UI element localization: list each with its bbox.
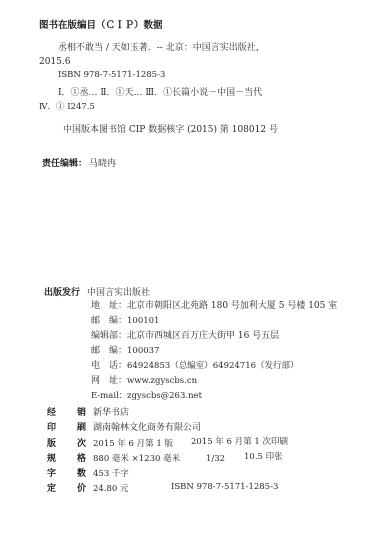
- phone-value: 64924853（总编室）64924716（发行部）: [127, 361, 299, 372]
- email-label: E-mail：: [91, 391, 127, 402]
- website-label: 网 址：: [91, 376, 127, 387]
- spec-format-label-b: 格: [77, 454, 86, 465]
- cip-classification-2: Ⅳ．① I247.5: [39, 102, 95, 113]
- spec-distributor-label-a: 经: [47, 408, 56, 419]
- postcode-2-label: 邮 编：: [91, 346, 127, 357]
- spec-printer-value: 湖南翰林文化商务有限公司: [93, 423, 201, 434]
- spec-isbn-value: ISBN 978-7-5171-1285-3: [171, 482, 278, 493]
- cip-heading: 图书在版编目（ＣＩＰ）数据: [39, 20, 163, 31]
- address-value: 北京市朝阳区北苑路 180 号加利大厦 5 号楼 105 室: [127, 301, 337, 312]
- cip-classification-1: Ⅰ．①丞… Ⅱ．①天… Ⅲ．①长篇小说－中国－当代: [58, 88, 262, 99]
- spec-wordcount-label-a: 字: [47, 469, 56, 480]
- cip-isbn: ISBN 978-7-5171-1285-3: [58, 70, 165, 81]
- spec-edition-value: 2015 年 6 月第 1 版: [93, 439, 173, 450]
- publisher-name: 中国言实出版社: [87, 288, 150, 299]
- cip-record-number: 中国版本图书馆 CIP 数据核字 (2015) 第 108012 号: [63, 125, 278, 136]
- address-label: 地 址：: [91, 301, 127, 312]
- postcode-label: 邮 编：: [91, 316, 127, 327]
- spec-distributor-label-b: 销: [77, 408, 86, 419]
- spec-wordcount-label-b: 数: [77, 469, 86, 480]
- spec-format-fold: 1/32: [206, 454, 225, 465]
- phone-label: 电 话：: [91, 361, 127, 372]
- spec-format-label-a: 规: [47, 454, 56, 465]
- editor-name: 马晓冉: [89, 159, 116, 170]
- cip-date: 2015.6: [39, 57, 71, 68]
- spec-price-label-a: 定: [47, 484, 56, 495]
- spec-format-sheets: 10.5 印张: [244, 452, 283, 463]
- spec-edition-label-a: 版: [47, 439, 56, 450]
- editorial-dept-value: 北京市西城区百万庄大街甲 16 号五层: [127, 331, 279, 342]
- spec-format-value: 880 毫米 ×1230 毫米: [93, 454, 180, 465]
- postcode-2-value: 100037: [127, 346, 159, 357]
- spec-wordcount-value: 453 千字: [93, 469, 129, 480]
- spec-printer-label-b: 刷: [77, 423, 86, 434]
- spec-edition-label-b: 次: [77, 439, 86, 450]
- postcode-value: 100101: [127, 316, 159, 327]
- publisher-label: 出版发行: [44, 288, 80, 299]
- spec-price-label-b: 价: [77, 484, 86, 495]
- editor-label: 责任编辑：: [42, 159, 87, 170]
- email-link[interactable]: zgyscbs@263.net: [127, 391, 202, 402]
- editorial-dept-label: 编辑部：: [91, 331, 127, 342]
- spec-distributor-value: 新华书店: [93, 408, 129, 419]
- cip-title-line: 丞相不敢当 / 天如玉著．-- 北京：中国言实出版社，: [58, 43, 265, 54]
- spec-price-value: 24.80 元: [93, 484, 129, 495]
- spec-printer-label-a: 印: [47, 423, 56, 434]
- website-link[interactable]: www.zgyscbs.cn: [127, 376, 197, 387]
- spec-printing-value: 2015 年 6 月第 1 次印刷: [191, 437, 288, 448]
